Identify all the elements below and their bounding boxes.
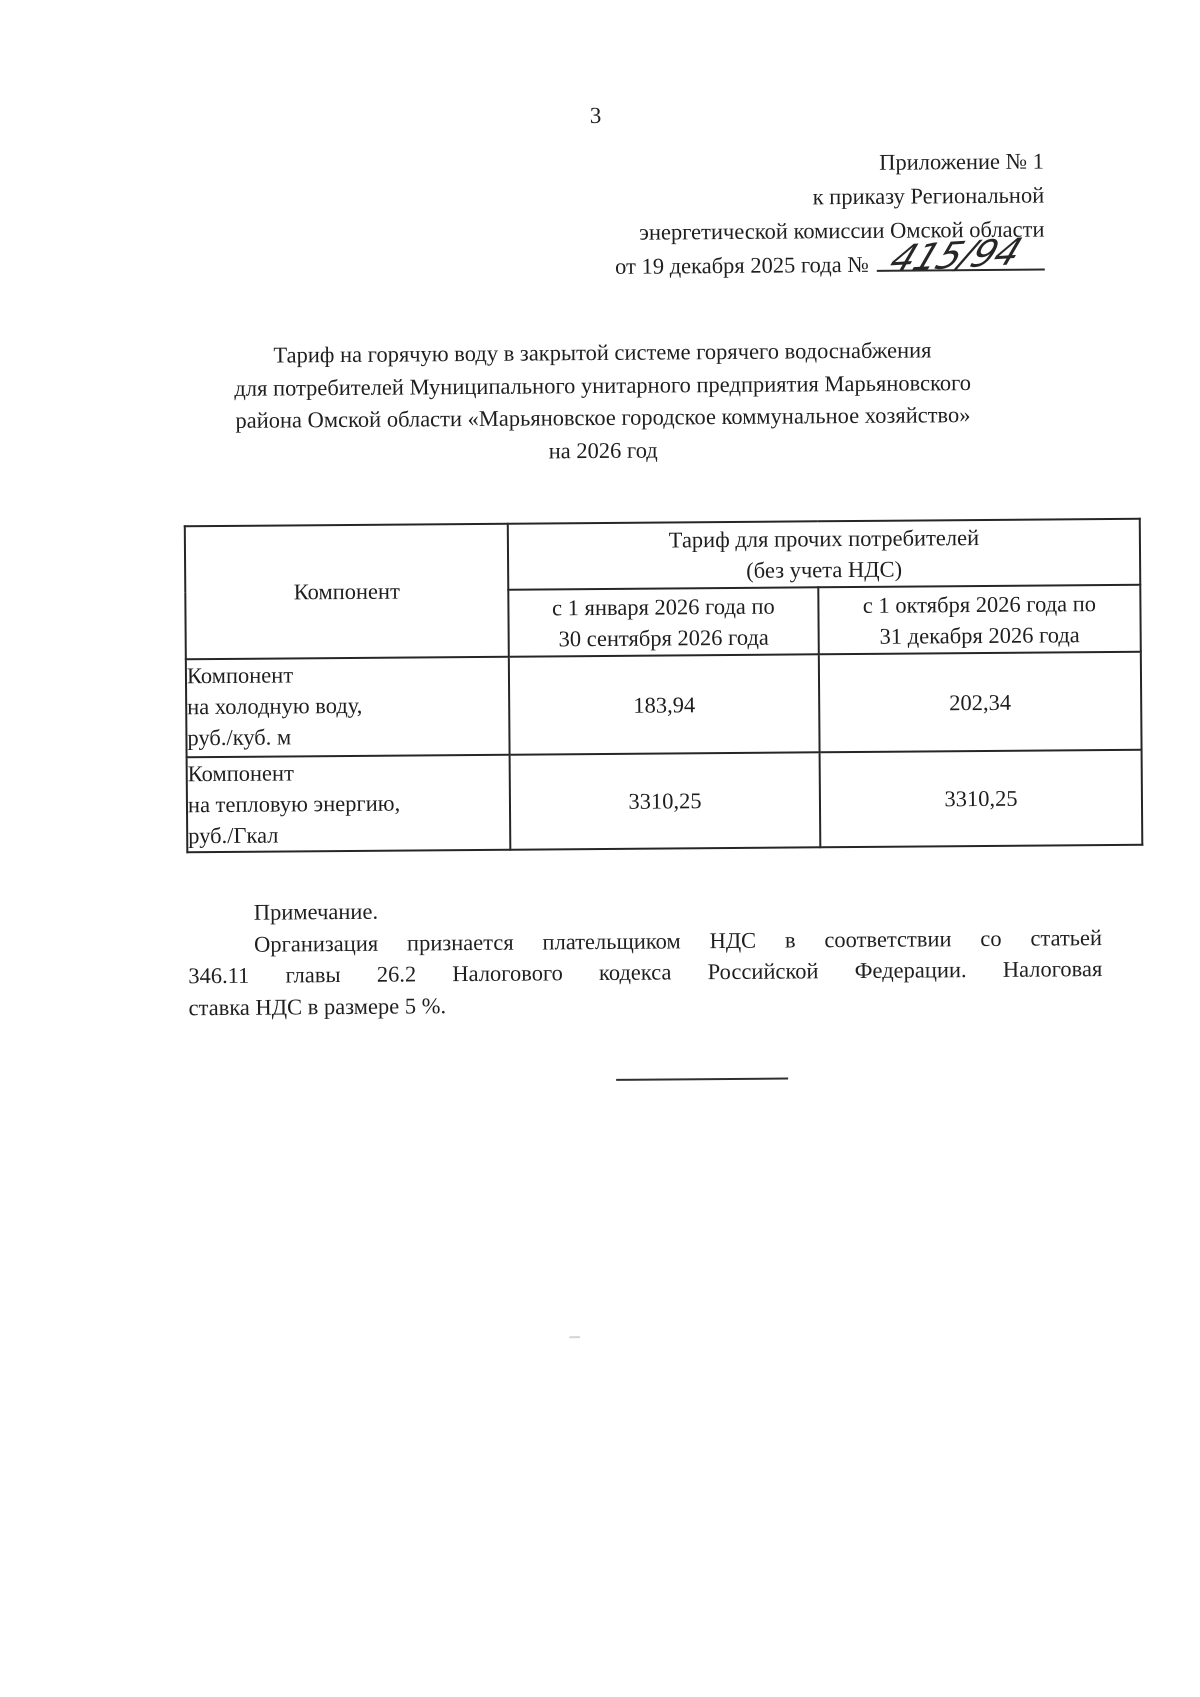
tariff-header-line-2: (без учета НДС) [509,552,1139,588]
handwritten-order-number: 415/94 [885,233,1026,278]
value-cell-period2: 202,34 [819,652,1142,753]
table-row-cold-water: Компонент на холодную воду, руб./куб. м … [186,652,1142,757]
tariff-table: Компонент Тариф для прочих потребителей … [184,518,1144,854]
component-line: Компонент [187,658,508,692]
scan-artifact-mark [569,1336,580,1338]
period2-line-2: 31 декабря 2026 года [820,618,1140,652]
period1-line-1: с 1 января 2026 года по [509,590,817,623]
tariff-header-line-1: Тариф для прочих потребителей [509,521,1139,557]
value-cell-period1: 3310,25 [510,752,821,849]
document-title: Тариф на горячую воду в закрытой системе… [142,333,1063,470]
annex-date-prefix: от 19 декабря 2025 года № [615,252,869,279]
table-row-heat-energy: Компонент на тепловую энергию, руб./Гкал… [187,750,1143,852]
annex-header: Приложение № 1 к приказу Региональной эн… [484,144,1045,284]
period1-header-cell: с 1 января 2026 года по 30 сентября 2026… [508,587,819,656]
note-line: ставка НДС в размере 5 %. [188,985,1102,1024]
annex-line-1: Приложение № 1 [484,144,1044,182]
annex-date-line: от 19 декабря 2025 года №415/94 [485,246,1045,284]
component-line: руб./Гкал [188,818,509,852]
tariff-header-cell: Тариф для прочих потребителей (без учета… [508,519,1141,590]
component-line: на холодную воду, [187,689,508,723]
component-cell: Компонент на тепловую энергию, руб./Гкал [187,755,511,853]
component-line: Компонент [188,756,509,790]
value-cell-period1: 183,94 [509,654,820,754]
period2-line-1: с 1 октября 2026 года по [819,587,1139,621]
signature-line [616,1078,788,1081]
annex-line-2: к приказу Региональной [484,178,1044,216]
component-header-cell: Компонент [185,524,509,660]
page-number: 3 [0,98,1196,133]
value-cell-period2: 3310,25 [820,750,1143,848]
table-header-row-1: Компонент Тариф для прочих потребителей … [185,519,1141,592]
component-line: на тепловую энергию, [188,787,509,821]
component-cell: Компонент на холодную воду, руб./куб. м [186,657,510,758]
note-section: Примечание. Организация признается плате… [188,890,1103,1023]
document-sheet: 3 Приложение № 1 к приказу Региональной … [0,0,1200,1697]
period1-line-2: 30 сентября 2026 года [510,621,818,654]
scanned-page-content: 3 Приложение № 1 к приказу Региональной … [0,0,1200,1697]
order-number-underline: 415/94 [877,246,1045,271]
period2-header-cell: с 1 октября 2026 года по 31 декабря 2026… [818,585,1141,655]
component-line: руб./куб. м [187,720,508,754]
